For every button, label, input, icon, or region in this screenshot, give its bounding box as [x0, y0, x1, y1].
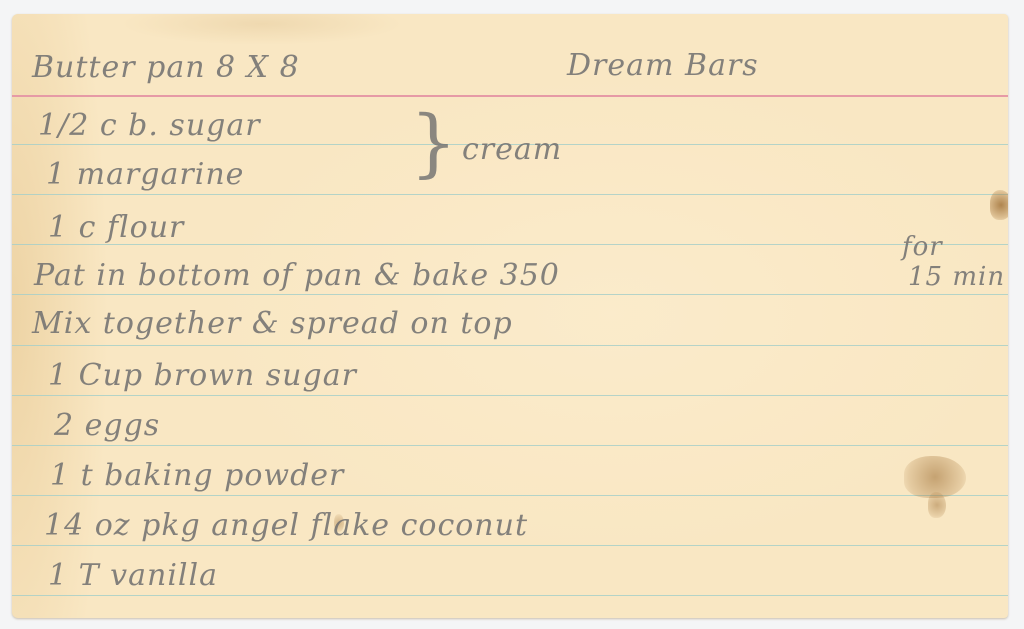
bake-time-note-top: for	[902, 232, 943, 262]
ruled-line	[12, 395, 1008, 396]
ingredient-line: 1 t baking powder	[50, 458, 344, 493]
instruction-line: Pat in bottom of pan & bake 350	[34, 258, 560, 293]
header-rule	[12, 95, 1008, 97]
ingredient-line: 1 margarine	[46, 157, 244, 192]
ruled-line	[12, 445, 1008, 446]
header-instruction: Butter pan 8 X 8	[32, 50, 300, 85]
stain-mark	[928, 492, 946, 518]
ingredient-line: 1 T vanilla	[48, 558, 218, 593]
recipe-title: Dream Bars	[567, 48, 759, 83]
instruction-line: Mix together & spread on top	[32, 306, 513, 341]
stain-mark	[990, 190, 1008, 220]
bake-time-note-bottom: 15 min	[908, 262, 1005, 292]
ingredient-line: 1 c flour	[48, 210, 184, 245]
ruled-line	[12, 495, 1008, 496]
brace-note: cream	[462, 132, 562, 167]
ruled-line	[12, 294, 1008, 295]
ruled-line	[12, 545, 1008, 546]
ingredient-line: 14 oz pkg angel flake coconut	[44, 508, 528, 543]
ruled-line	[12, 194, 1008, 195]
ruled-line	[12, 345, 1008, 346]
brace-mark: }	[410, 106, 457, 180]
ingredient-line: 1 Cup brown sugar	[48, 358, 357, 393]
ruled-line	[12, 595, 1008, 596]
recipe-card: Butter pan 8 X 8 Dream Bars 1/2 c b. sug…	[12, 14, 1008, 618]
ingredient-line: 1/2 c b. sugar	[38, 108, 261, 143]
ingredient-line: 2 eggs	[54, 408, 160, 443]
